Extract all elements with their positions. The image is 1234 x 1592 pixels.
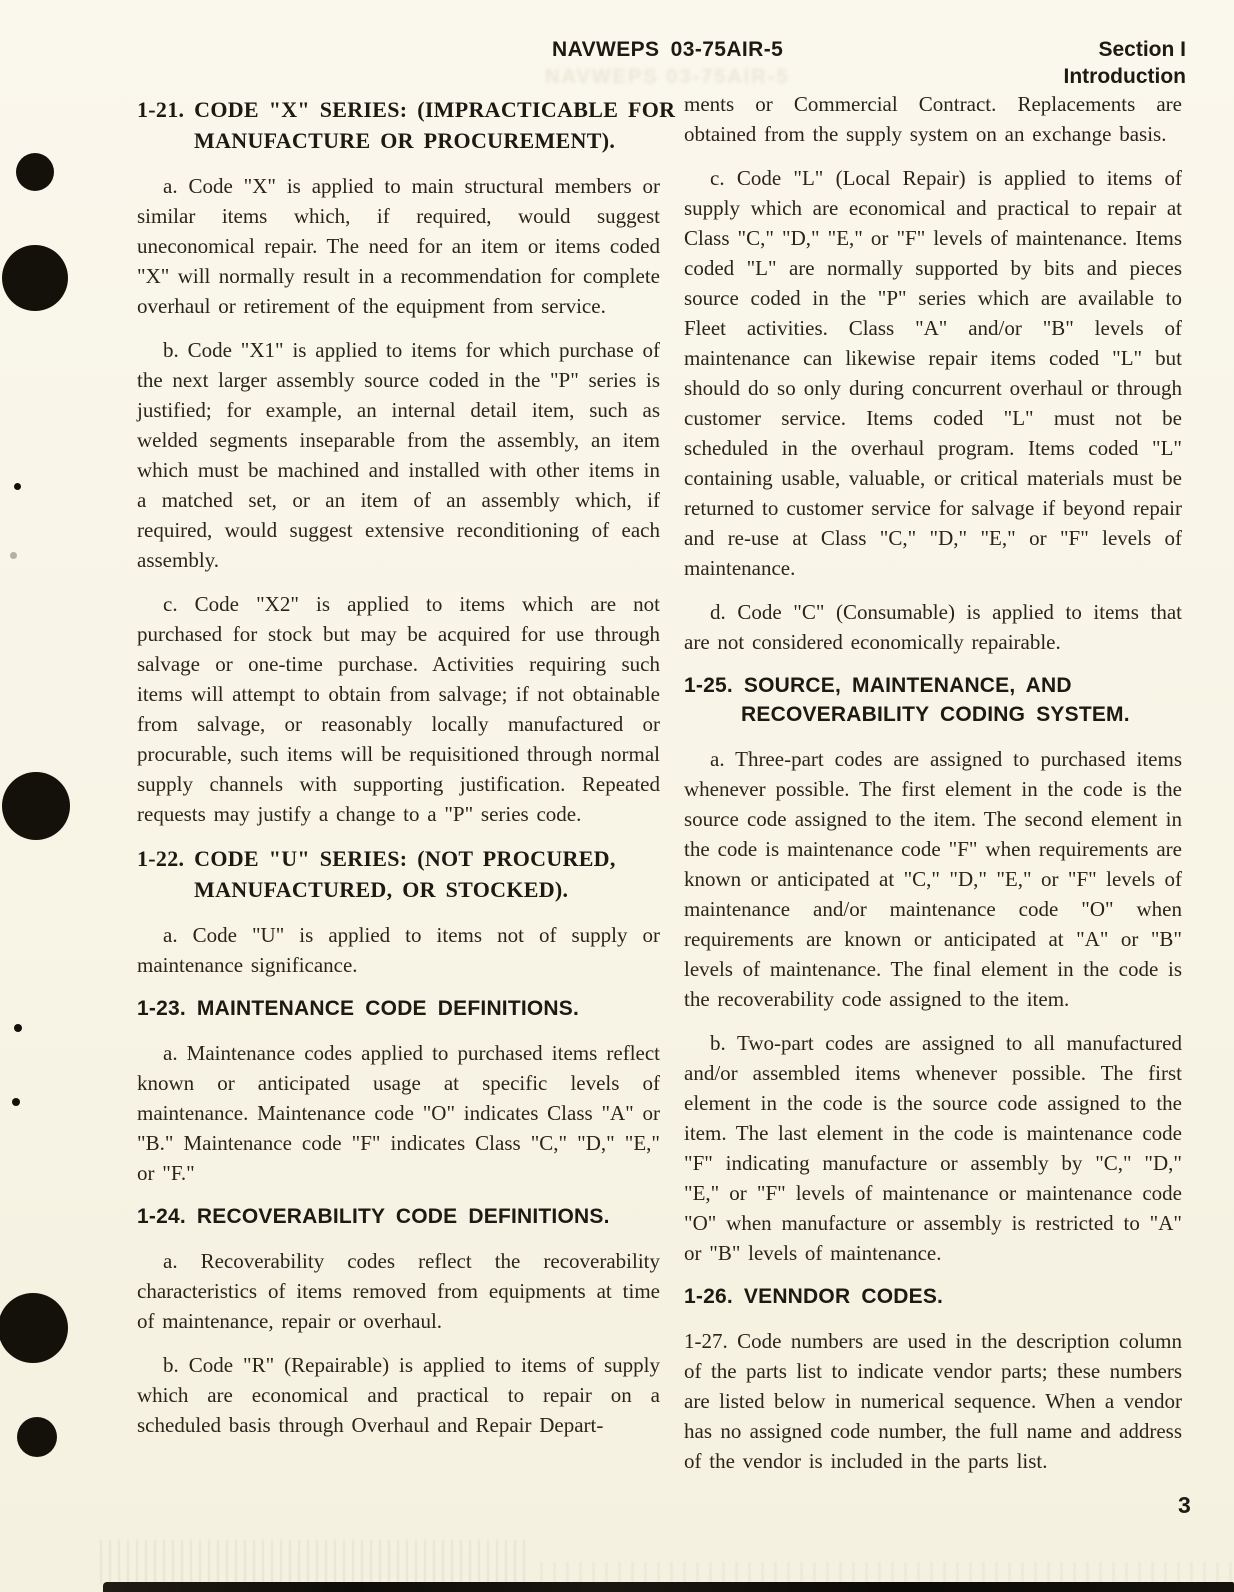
left-column: 1-21. CODE "X" SERIES: (IMPRACTICABLE FO… <box>137 89 660 1454</box>
heading-1-26: 1-26. VENNDOR CODES. <box>684 1282 1182 1311</box>
right-column: ments or Commercial Contract. Replacemen… <box>684 89 1182 1490</box>
punch-hole-dot <box>0 1293 68 1363</box>
page-background: NAVWEPS 03-75AIR-5 NAVWEPS 03-75AIR-5 Se… <box>0 0 1234 1592</box>
section-title: Section I <box>1064 36 1186 63</box>
heading-line: 1-25. SOURCE, MAINTENANCE, AND <box>684 671 1182 700</box>
scan-streaks <box>100 1540 530 1584</box>
paragraph-1-24-a: a. Recoverability codes reflect the reco… <box>137 1246 660 1336</box>
heading-1-23: 1-23. MAINTENANCE CODE DEFINITIONS. <box>137 994 660 1023</box>
paragraph-1-21-c: c. Code "X2" is applied to items which a… <box>137 589 660 829</box>
heading-line: MANUFACTURED, OR STOCKED). <box>194 874 660 905</box>
scan-edge-bar <box>103 1582 1234 1592</box>
scanned-manual-page: { "colors": { "paper": "#f8f4e6", "ink":… <box>0 0 1234 1592</box>
paragraph-1-22-a: a. Code "U" is applied to items not of s… <box>137 920 660 980</box>
ink-dot <box>10 552 17 559</box>
paragraph-1-23-a: a. Maintenance codes applied to purchase… <box>137 1038 660 1188</box>
section-subtitle: Introduction <box>1064 63 1186 90</box>
document-number: NAVWEPS 03-75AIR-5 <box>552 38 783 62</box>
heading-line: 1-26. VENNDOR CODES. <box>684 1282 1182 1311</box>
heading-1-22: 1-22. CODE "U" SERIES: (NOT PROCURED,MAN… <box>137 843 660 905</box>
paragraph-1-21-b: b. Code "X1" is applied to items for whi… <box>137 335 660 575</box>
heading-1-24: 1-24. RECOVERABILITY CODE DEFINITIONS. <box>137 1202 660 1231</box>
punch-hole-dot <box>2 245 68 311</box>
paragraph-1-25-b: b. Two-part codes are assigned to all ma… <box>684 1028 1182 1268</box>
paragraph-1-24-b-continued: ments or Commercial Contract. Replacemen… <box>684 89 1182 149</box>
heading-line: 1-21. CODE "X" SERIES: (IMPRACTICABLE FO… <box>137 94 660 125</box>
punch-hole-dot <box>2 772 70 840</box>
ink-dot <box>12 1098 20 1106</box>
scan-streaks <box>540 1562 1234 1584</box>
section-header: Section I Introduction <box>1064 36 1186 90</box>
paragraph-1-24-d: d. Code "C" (Consumable) is applied to i… <box>684 597 1182 657</box>
paragraph-1-24-b: b. Code "R" (Repairable) is applied to i… <box>137 1350 660 1440</box>
paragraph-1-25-a: a. Three-part codes are assigned to purc… <box>684 744 1182 1014</box>
heading-line: MANUFACTURE OR PROCUREMENT). <box>194 125 660 156</box>
heading-line: 1-24. RECOVERABILITY CODE DEFINITIONS. <box>137 1202 660 1231</box>
heading-line: RECOVERABILITY CODING SYSTEM. <box>741 700 1182 729</box>
paragraph-1-24-c: c. Code "L" (Local Repair) is applied to… <box>684 163 1182 583</box>
bleed-through-ghost: NAVWEPS 03-75AIR-5 <box>545 66 790 89</box>
punch-hole-dot <box>17 1417 57 1457</box>
heading-line: 1-22. CODE "U" SERIES: (NOT PROCURED, <box>137 843 660 874</box>
heading-line: 1-23. MAINTENANCE CODE DEFINITIONS. <box>137 994 660 1023</box>
ink-dot <box>14 483 21 490</box>
paragraph-1-27: 1-27. Code numbers are used in the descr… <box>684 1326 1182 1476</box>
heading-1-25: 1-25. SOURCE, MAINTENANCE, ANDRECOVERABI… <box>684 671 1182 729</box>
ink-dot <box>14 1024 22 1032</box>
heading-1-21: 1-21. CODE "X" SERIES: (IMPRACTICABLE FO… <box>137 94 660 156</box>
punch-hole-dot <box>16 153 54 191</box>
paragraph-1-21-a: a. Code "X" is applied to main structura… <box>137 171 660 321</box>
page-number: 3 <box>1178 1492 1191 1519</box>
